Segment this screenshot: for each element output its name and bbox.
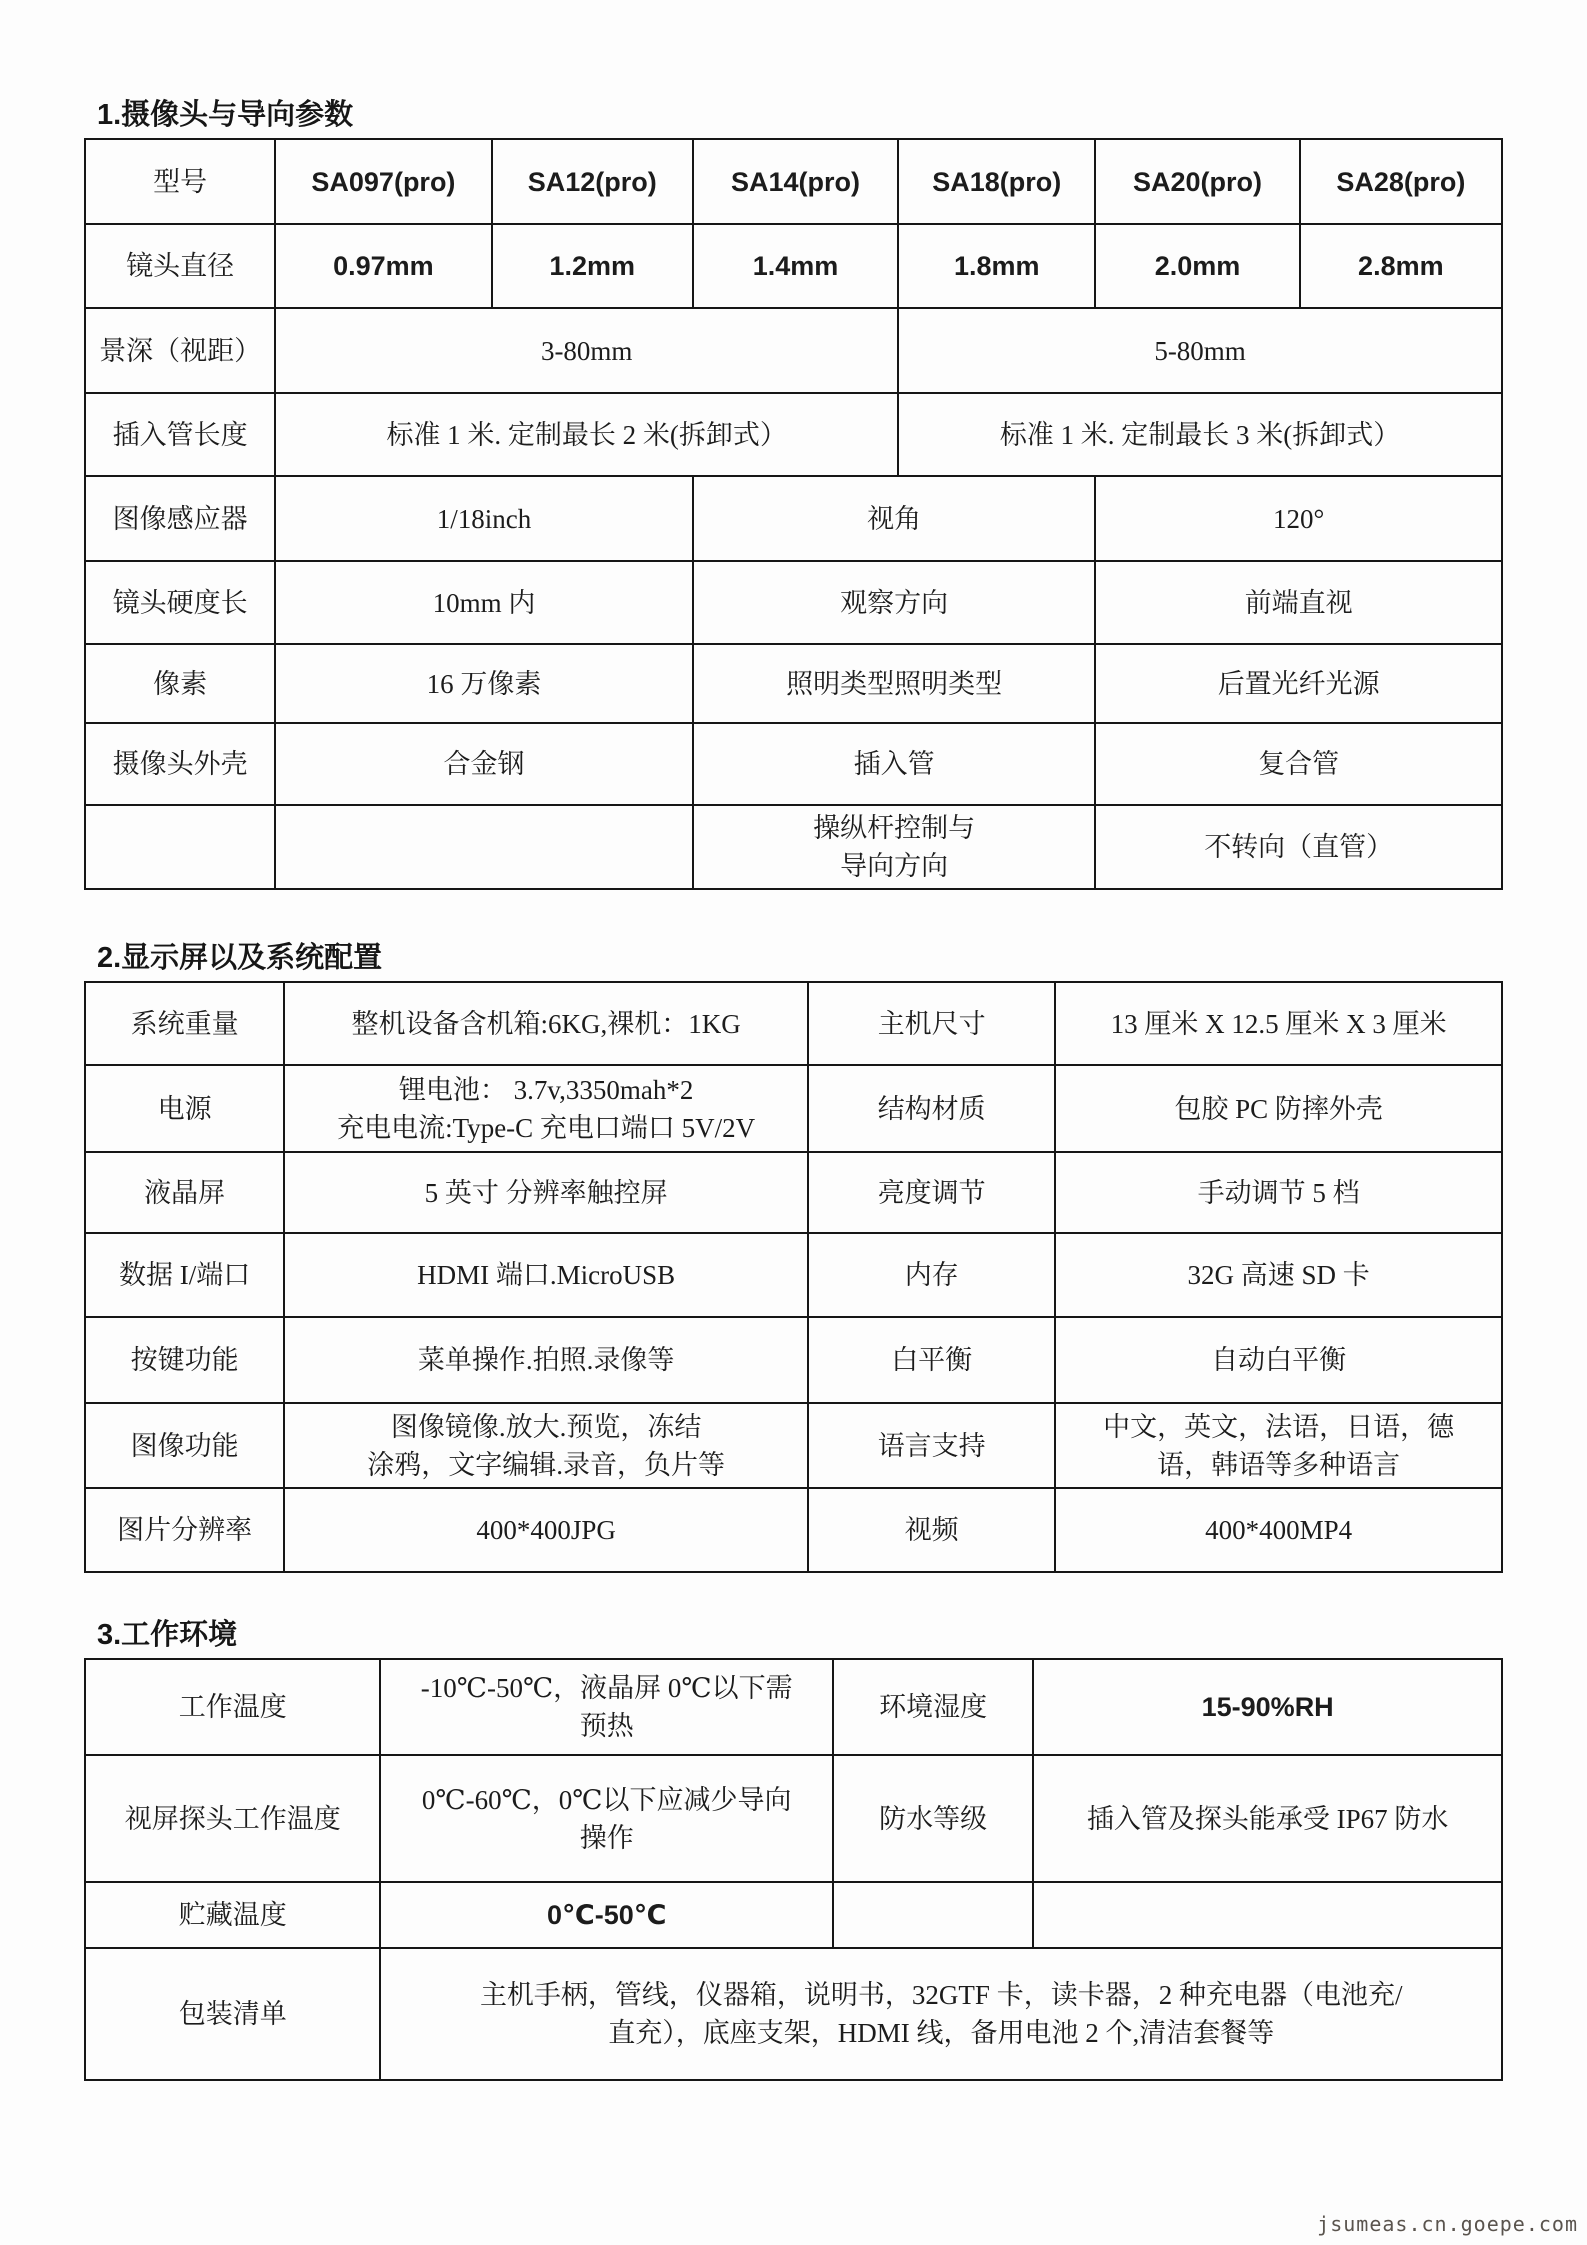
spec-label: 插入管: [693, 723, 1096, 805]
display-system-table: 系统重量 整机设备含机箱:6KG,裸机：1KG 主机尺寸 13 厘米 X 12.…: [84, 981, 1503, 1573]
spec-label: 照明类型照明类型: [693, 644, 1096, 723]
spec-label: 视角: [693, 476, 1096, 561]
spec-label: 电源: [85, 1065, 284, 1152]
spec-value: HDMI 端口.MicroUSB: [284, 1233, 808, 1317]
table-row: 图像功能 图像镜像.放大.预览，冻结 涂鸦，文字编辑.录音，负片等 语言支持 中…: [85, 1403, 1502, 1488]
empty-cell: [833, 1882, 1033, 1948]
spec-value: 16 万像素: [275, 644, 693, 723]
spec-value: 主机手柄，管线，仪器箱，说明书，32GTF 卡，读卡器，2 种充电器（电池充/ …: [380, 1948, 1502, 2080]
table-row: 液晶屏 5 英寸 分辨率触控屏 亮度调节 手动调节 5 档: [85, 1152, 1502, 1233]
spec-value: 锂电池： 3.7v,3350mah*2 充电电流:Type-C 充电口端口 5V…: [284, 1065, 808, 1152]
spec-value: 1.2mm: [492, 224, 693, 308]
spec-label: 白平衡: [808, 1317, 1055, 1403]
spec-label: 景深（视距）: [85, 308, 275, 393]
spec-value: 400*400MP4: [1055, 1488, 1502, 1572]
document-page: 1.摄像头与导向参数 型号 SA097(pro) SA12(pro) SA14(…: [0, 0, 1587, 2245]
model-column-header: SA18(pro): [898, 139, 1095, 224]
spec-label: 插入管长度: [85, 393, 275, 476]
table-row: 型号 SA097(pro) SA12(pro) SA14(pro) SA18(p…: [85, 139, 1502, 224]
empty-cell: [1033, 1882, 1502, 1948]
spec-value: 32G 高速 SD 卡: [1055, 1233, 1502, 1317]
spec-value: 前端直视: [1095, 561, 1502, 644]
spec-label: 像素: [85, 644, 275, 723]
spec-label: 数据 I/端口: [85, 1233, 284, 1317]
spec-label: 图像功能: [85, 1403, 284, 1488]
spec-label: 型号: [85, 139, 275, 224]
table-row: 镜头直径 0.97mm 1.2mm 1.4mm 1.8mm 2.0mm 2.8m…: [85, 224, 1502, 308]
table-row: 图片分辨率 400*400JPG 视频 400*400MP4: [85, 1488, 1502, 1572]
spec-value: 10mm 内: [275, 561, 693, 644]
table-row: 数据 I/端口 HDMI 端口.MicroUSB 内存 32G 高速 SD 卡: [85, 1233, 1502, 1317]
spec-label: 系统重量: [85, 982, 284, 1065]
spec-label: 工作温度: [85, 1659, 380, 1755]
section-2-title: 2.显示屏以及系统配置: [97, 940, 1587, 976]
table-row: 按键功能 菜单操作.拍照.录像等 白平衡 自动白平衡: [85, 1317, 1502, 1403]
spec-value: 标准 1 米. 定制最长 2 米(拆卸式）: [275, 393, 898, 476]
spec-value: 0℃-50℃: [380, 1882, 833, 1948]
spec-value: 1/18inch: [275, 476, 693, 561]
model-column-header: SA097(pro): [275, 139, 491, 224]
spec-label: 内存: [808, 1233, 1055, 1317]
spec-value: 2.8mm: [1300, 224, 1502, 308]
empty-cell: [85, 805, 275, 889]
spec-value: 手动调节 5 档: [1055, 1152, 1502, 1233]
spec-value: 15-90%RH: [1033, 1659, 1502, 1755]
spec-label: 包装清单: [85, 1948, 380, 2080]
spec-value: 复合管: [1095, 723, 1502, 805]
spec-value: 标准 1 米. 定制最长 3 米(拆卸式）: [898, 393, 1502, 476]
section-3-title: 3.工作环境: [97, 1617, 1587, 1653]
model-column-header: SA12(pro): [492, 139, 693, 224]
table-row: 包装清单 主机手柄，管线，仪器箱，说明书，32GTF 卡，读卡器，2 种充电器（…: [85, 1948, 1502, 2080]
spec-value: 1.4mm: [693, 224, 898, 308]
spec-value: 不转向（直管）: [1095, 805, 1502, 889]
section-1-title: 1.摄像头与导向参数: [97, 0, 1587, 133]
spec-value: 整机设备含机箱:6KG,裸机：1KG: [284, 982, 808, 1065]
spec-label: 操纵杆控制与 导向方向: [693, 805, 1096, 889]
spec-label: 按键功能: [85, 1317, 284, 1403]
table-row: 贮藏温度 0℃-50℃: [85, 1882, 1502, 1948]
empty-cell: [275, 805, 693, 889]
table-row: 工作温度 -10℃-50℃，液晶屏 0℃以下需 预热 环境湿度 15-90%RH: [85, 1659, 1502, 1755]
table-row: 视屏探头工作温度 0℃-60℃，0℃以下应减少导向 操作 防水等级 插入管及探头…: [85, 1755, 1502, 1882]
spec-value: -10℃-50℃，液晶屏 0℃以下需 预热: [380, 1659, 833, 1755]
spec-value: 1.8mm: [898, 224, 1095, 308]
spec-label: 环境湿度: [833, 1659, 1033, 1755]
spec-value: 5-80mm: [898, 308, 1502, 393]
spec-value: 合金钢: [275, 723, 693, 805]
spec-value: 插入管及探头能承受 IP67 防水: [1033, 1755, 1502, 1882]
spec-value: 120°: [1095, 476, 1502, 561]
spec-label: 摄像头外壳: [85, 723, 275, 805]
table-row: 像素 16 万像素 照明类型照明类型 后置光纤光源: [85, 644, 1502, 723]
table-row: 电源 锂电池： 3.7v,3350mah*2 充电电流:Type-C 充电口端口…: [85, 1065, 1502, 1152]
spec-label: 镜头直径: [85, 224, 275, 308]
spec-value: 5 英寸 分辨率触控屏: [284, 1152, 808, 1233]
table-row: 操纵杆控制与 导向方向 不转向（直管）: [85, 805, 1502, 889]
spec-label: 亮度调节: [808, 1152, 1055, 1233]
spec-label: 液晶屏: [85, 1152, 284, 1233]
spec-label: 视频: [808, 1488, 1055, 1572]
spec-value: 包胶 PC 防摔外壳: [1055, 1065, 1502, 1152]
spec-value: 3-80mm: [275, 308, 898, 393]
spec-value: 0℃-60℃，0℃以下应减少导向 操作: [380, 1755, 833, 1882]
spec-label: 镜头硬度长: [85, 561, 275, 644]
spec-value: 400*400JPG: [284, 1488, 808, 1572]
spec-label: 视屏探头工作温度: [85, 1755, 380, 1882]
table-row: 插入管长度 标准 1 米. 定制最长 2 米(拆卸式） 标准 1 米. 定制最长…: [85, 393, 1502, 476]
spec-label: 主机尺寸: [808, 982, 1055, 1065]
spec-label: 图片分辨率: [85, 1488, 284, 1572]
model-column-header: SA14(pro): [693, 139, 898, 224]
spec-label: 语言支持: [808, 1403, 1055, 1488]
spec-value: 中文，英文，法语，日语，德 语，韩语等多种语言: [1055, 1403, 1502, 1488]
table-row: 景深（视距） 3-80mm 5-80mm: [85, 308, 1502, 393]
table-row: 系统重量 整机设备含机箱:6KG,裸机：1KG 主机尺寸 13 厘米 X 12.…: [85, 982, 1502, 1065]
spec-label: 贮藏温度: [85, 1882, 380, 1948]
working-env-table: 工作温度 -10℃-50℃，液晶屏 0℃以下需 预热 环境湿度 15-90%RH…: [84, 1658, 1503, 2081]
spec-value: 13 厘米 X 12.5 厘米 X 3 厘米: [1055, 982, 1502, 1065]
watermark-text: jsumeas.cn.goepe.com: [1317, 2212, 1578, 2236]
table-row: 摄像头外壳 合金钢 插入管 复合管: [85, 723, 1502, 805]
spec-value: 2.0mm: [1095, 224, 1299, 308]
spec-label: 图像感应器: [85, 476, 275, 561]
table-row: 镜头硬度长 10mm 内 观察方向 前端直视: [85, 561, 1502, 644]
spec-value: 图像镜像.放大.预览，冻结 涂鸦，文字编辑.录音，负片等: [284, 1403, 808, 1488]
spec-value: 后置光纤光源: [1095, 644, 1502, 723]
model-column-header: SA28(pro): [1300, 139, 1502, 224]
spec-value: 自动白平衡: [1055, 1317, 1502, 1403]
table-row: 图像感应器 1/18inch 视角 120°: [85, 476, 1502, 561]
model-column-header: SA20(pro): [1095, 139, 1299, 224]
camera-params-table: 型号 SA097(pro) SA12(pro) SA14(pro) SA18(p…: [84, 138, 1503, 890]
spec-value: 0.97mm: [275, 224, 491, 308]
spec-label: 结构材质: [808, 1065, 1055, 1152]
spec-value: 菜单操作.拍照.录像等: [284, 1317, 808, 1403]
spec-label: 观察方向: [693, 561, 1096, 644]
spec-label: 防水等级: [833, 1755, 1033, 1882]
